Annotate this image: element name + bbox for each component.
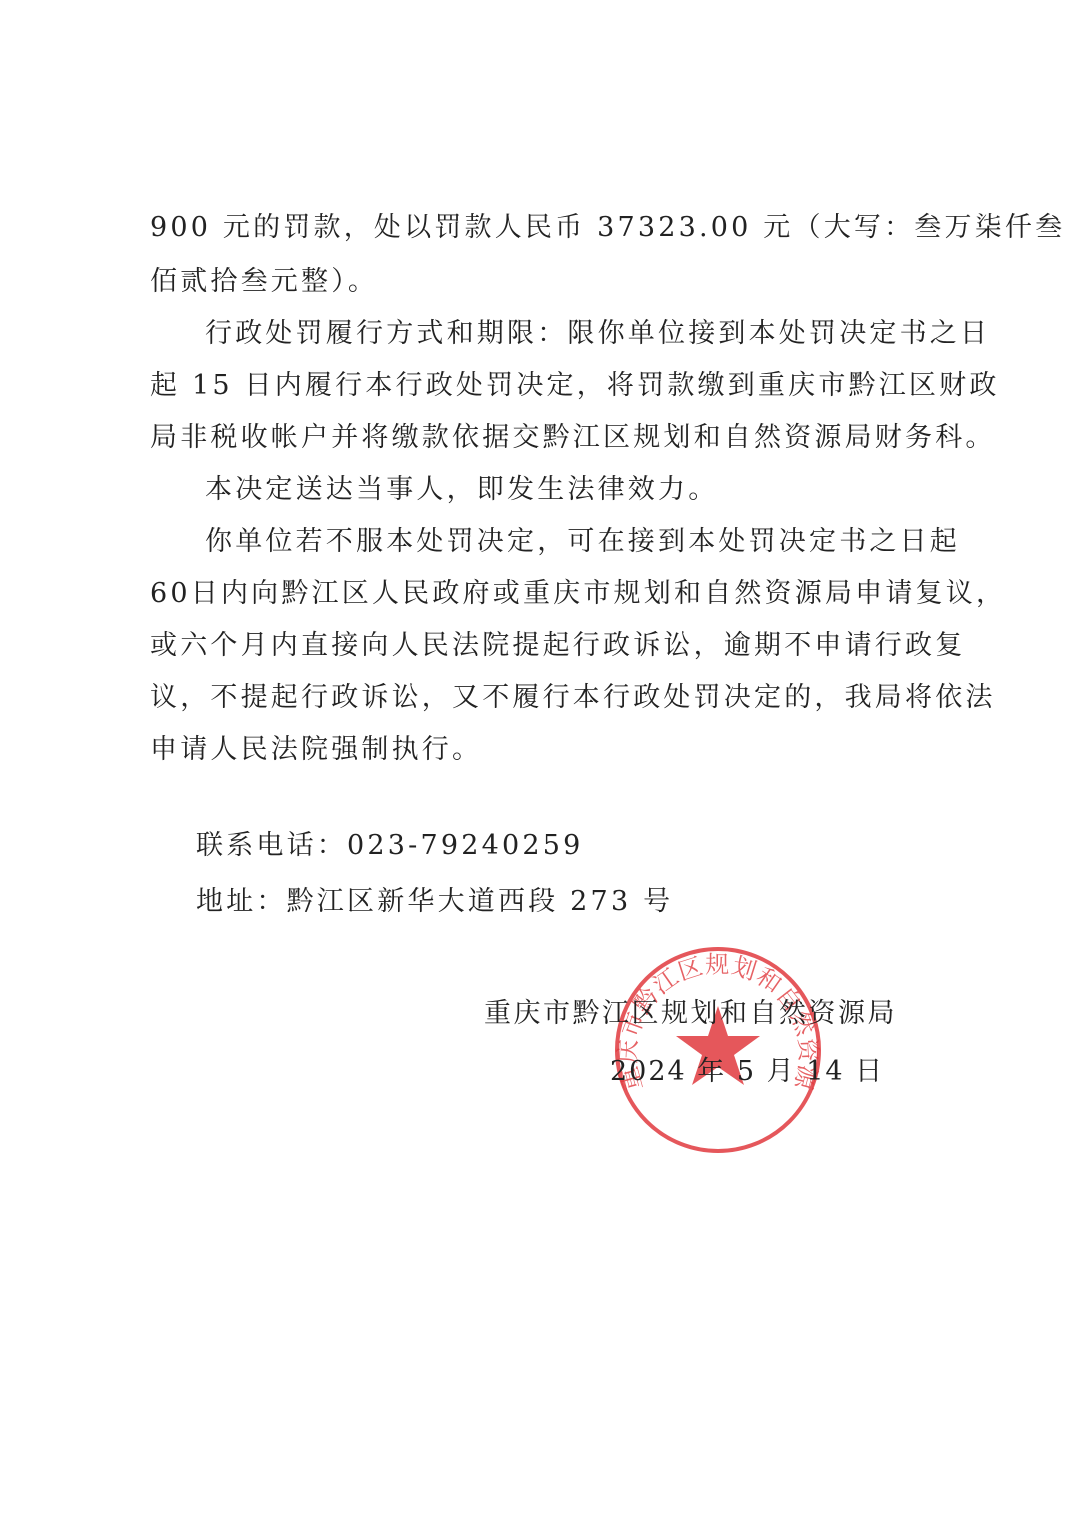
paragraph-3-line-1: 本决定送达当事人，即发生法律效力。 [205, 472, 945, 508]
paragraph-4-line-1: 你单位若不服本处罚决定，可在接到本处罚决定书之日起 [205, 524, 945, 560]
contact-address: 地址：黔江区新华大道西段 273 号 [196, 884, 991, 920]
paragraph-2-line-1: 行政处罚履行方式和期限：限你单位接到本处罚决定书之日 [205, 316, 945, 352]
paragraph-2-line-2: 起 15 日内履行本行政处罚决定，将罚款缴到重庆市黔江区财政 [150, 368, 945, 404]
paragraph-1-line-1: 900 元的罚款，处以罚款人民币 37323.00 元（大写：叁万柒仟叁 [150, 210, 945, 246]
paragraph-4-line-5: 申请人民法院强制执行。 [150, 732, 945, 768]
paragraph-4-line-2: 60日内向黔江区人民政府或重庆市规划和自然资源局申请复议， [150, 576, 945, 612]
paragraph-2-line-3: 局非税收帐户并将缴款依据交黔江区规划和自然资源局财务科。 [150, 420, 945, 456]
paragraph-4-line-4: 议，不提起行政诉讼，又不履行本行政处罚决定的，我局将依法 [150, 680, 945, 716]
official-stamp: 重庆市黔江区规划和自然资源局 [612, 944, 824, 1156]
document-page: 900 元的罚款，处以罚款人民币 37323.00 元（大写：叁万柒仟叁 佰贰拾… [0, 0, 1075, 1531]
issuer-name: 重庆市黔江区规划和自然资源局 [484, 996, 1075, 1032]
paragraph-1-line-2: 佰贰拾叁元整）。 [150, 264, 945, 300]
paragraph-4-line-3: 或六个月内直接向人民法院提起行政诉讼，逾期不申请行政复 [150, 628, 945, 664]
contact-phone: 联系电话：023-79240259 [196, 828, 991, 864]
issue-date: 2024 年 5 月 14 日 [610, 1054, 1075, 1090]
